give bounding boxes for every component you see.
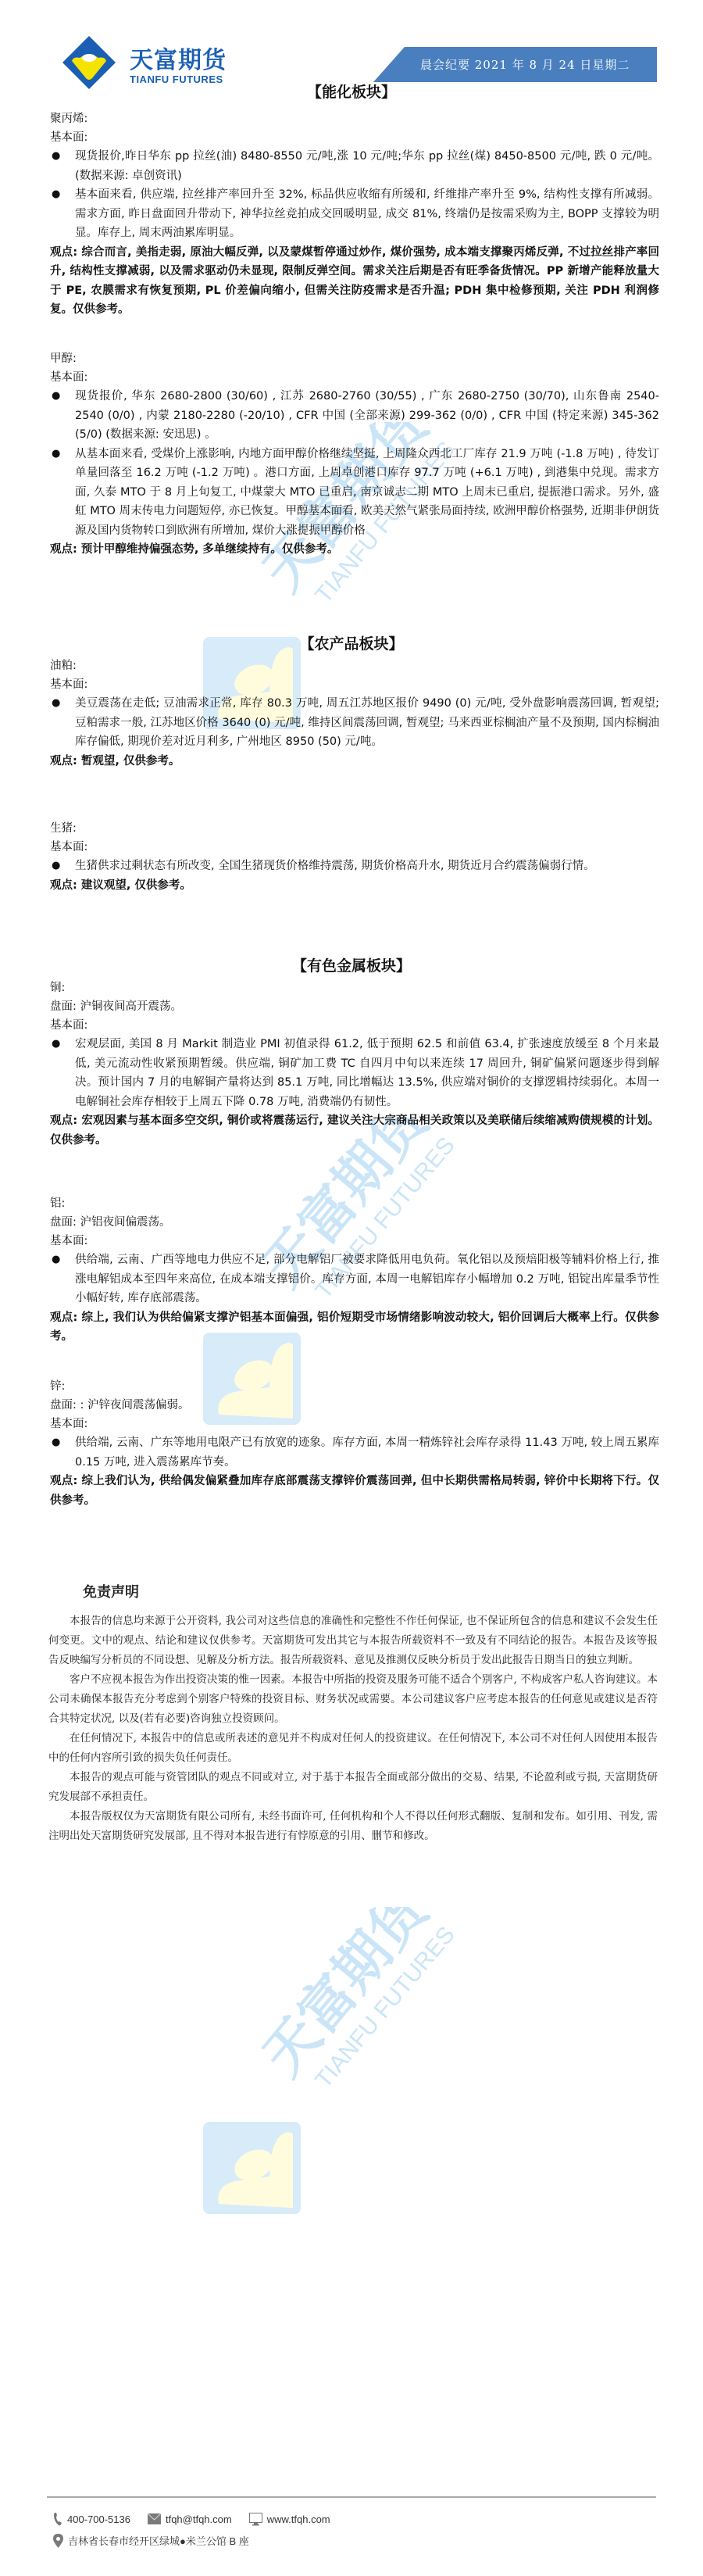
product-methanol: 甲醇: 基本面: 现货报价, 华东 2680-2800 (30/60) , 江苏… xyxy=(50,349,659,560)
footer-divider xyxy=(47,2496,656,2498)
bullet-item: 生猪供求过剩状态有所改变, 全国生猪现货价格维持震荡, 期货价格高升水, 期货近… xyxy=(50,857,659,876)
fundamental-label: 基本面: xyxy=(50,368,659,387)
email-address[interactable]: tfqh@tfqh.com xyxy=(166,2513,232,2525)
view-text: 观点: 综上, 我们认为供给偏紧支撑沪铝基本面偏强, 铝价短期受市场情绪影响波动… xyxy=(50,1308,659,1347)
bullet-item: 美豆震荡在走低; 豆油需求正常, 库存 80.3 万吨, 周五江苏地区报价 94… xyxy=(50,694,659,752)
view-text: 观点: 暂观望, 仅供参考。 xyxy=(50,752,659,771)
disclaimer-paragraph: 本报告版权仅为天富期货有限公司所有, 未经书面许可, 任何机构和个人不得以任何形… xyxy=(48,1807,658,1846)
market-summary: 盘面: : 沪锌夜间震荡偏弱。 xyxy=(50,1396,659,1415)
mail-icon xyxy=(148,2513,161,2524)
disclaimer-paragraph: 客户不应视本报告为作出投资决策的惟一因素。本报告中所指的投资及服务可能不适合个别… xyxy=(48,1670,658,1729)
view-text: 观点: 综上我们认为, 供给偶发偏紧叠加库存底部震荡支撑锌价震荡回弹, 但中长期… xyxy=(50,1472,659,1510)
bullet-item: 宏观层面, 美国 8 月 Markit 制造业 PMI 初值录得 61.2, 低… xyxy=(50,1035,659,1111)
disclaimer-paragraph: 在任何情况下, 本报告中的信息或所表述的意见并不构成对任何人的投资建议。在任何情… xyxy=(48,1729,658,1768)
fundamental-label: 基本面: xyxy=(50,1016,659,1035)
product-name: 聚丙烯: xyxy=(50,109,659,128)
disclaimer-paragraph: 本报告的信息均来源于公开资料, 我公司对这些信息的准确性和完整性不作任何保证, … xyxy=(48,1612,658,1670)
footer-contacts: 400-700-5136 tfqh@tfqh.com www.tfqh.com xyxy=(53,2512,348,2526)
product-live-hog: 生猪: 基本面: 生猪供求过剩状态有所改变, 全国生猪现货价格维持震荡, 期货价… xyxy=(50,819,659,895)
footer-address: 吉林省长春市经开区绿城●米兰公馆 B 座 xyxy=(53,2533,249,2548)
disclaimer-paragraph: 本报告的观点可能与资管团队的观点不同或对立, 对于基于本报告全面或部分做出的交易… xyxy=(48,1768,658,1807)
bullet-item: 现货报价, 华东 2680-2800 (30/60) , 江苏 2680-276… xyxy=(50,387,659,445)
section-title-nonferrous-metals: 【有色金属板块】 xyxy=(0,957,703,976)
product-name: 铜: xyxy=(50,979,659,997)
location-pin-icon xyxy=(53,2534,63,2548)
address-text: 吉林省长春市经开区绿城●米兰公馆 B 座 xyxy=(68,2533,249,2548)
svg-text:天富期货: 天富期货 xyxy=(250,1907,441,2088)
product-copper: 铜: 盘面: 沪铜夜间高开震荡。 基本面: 宏观层面, 美国 8 月 Marki… xyxy=(50,979,659,1150)
product-aluminum: 铝: 盘面: 沪铝夜间偏震荡。 基本面: 供给端, 云南、广西等地电力供应不足,… xyxy=(50,1194,659,1347)
product-oil-meal: 油粕: 基本面: 美豆震荡在走低; 豆油需求正常, 库存 80.3 万吨, 周五… xyxy=(50,657,659,771)
bullet-item: 基本面来看, 供应端, 拉丝排产率回升至 32%, 标品供应收缩有所缓和, 纤维… xyxy=(50,185,659,243)
watermark-logo-lower: 天富期货 TIANFU FUTURES xyxy=(195,1907,547,2345)
bullet-item: 从基本面来看, 受煤价上涨影响, 内地方面甲醇价格继续坚挺, 上周隆众西北工厂库… xyxy=(50,445,659,541)
fundamental-label: 基本面: xyxy=(50,1232,659,1250)
view-text: 观点: 宏观因素与基本面多空交织, 铜价或将震荡运行, 建议关注大宗商品相关政策… xyxy=(50,1111,659,1150)
product-name: 油粕: xyxy=(50,657,659,675)
footer-phone: 400-700-5136 xyxy=(53,2512,130,2526)
market-summary: 盘面: 沪铝夜间偏震荡。 xyxy=(50,1213,659,1232)
phone-number: 400-700-5136 xyxy=(67,2513,130,2525)
section-title-agriculture: 【农产品板块】 xyxy=(0,635,703,654)
logo-chinese-name: 天富期货 xyxy=(130,41,227,75)
website-url[interactable]: www.tfqh.com xyxy=(267,2513,330,2525)
product-name: 锌: xyxy=(50,1377,659,1396)
company-logo: 天富期货 TIANFU FUTURES xyxy=(61,34,248,89)
product-name: 甲醇: xyxy=(50,349,659,368)
product-name: 铝: xyxy=(50,1194,659,1213)
banner-title: 晨会纪要 2021 年 8 月 24 日星期二 xyxy=(420,56,630,73)
date-banner: 晨会纪要 2021 年 8 月 24 日星期二 xyxy=(373,47,657,82)
product-name: 生猪: xyxy=(50,819,659,838)
market-summary: 盘面: 沪铜夜间高开震荡。 xyxy=(50,997,659,1016)
section-title-energy-chemical: 【能化板块】 xyxy=(0,83,703,102)
bullet-item: 供给端, 云南、广东等地用电限产已有放宽的迹象。库存方面, 本周一精炼锌社会库存… xyxy=(50,1433,659,1472)
bullet-item: 现货报价,昨日华东 pp 拉丝(油) 8480-8550 元/吨,涨 10 元/… xyxy=(50,147,659,185)
svg-text:TIANFU FUTURES: TIANFU FUTURES xyxy=(310,1922,459,2093)
disclaimer-title: 免责声明 xyxy=(83,1583,658,1602)
footer-website[interactable]: www.tfqh.com xyxy=(249,2513,330,2526)
view-text: 观点: 预计甲醇维持偏强态势, 多单继续持有。仅供参考。 xyxy=(50,540,659,560)
view-text: 观点: 综合而言, 美指走弱, 原油大幅反弹, 以及蒙煤暂停通过炒作, 煤价强势… xyxy=(50,243,659,320)
footer-email[interactable]: tfqh@tfqh.com xyxy=(148,2513,232,2525)
bullet-item: 供给端, 云南、广西等地电力供应不足, 部分电解铝厂被要求降低用电负荷。氧化铝以… xyxy=(50,1250,659,1308)
footer-address-row: 吉林省长春市经开区绿城●米兰公馆 B 座 xyxy=(53,2533,266,2548)
product-polypropylene: 聚丙烯: 基本面: 现货报价,昨日华东 pp 拉丝(油) 8480-8550 元… xyxy=(50,109,659,320)
view-text: 观点: 建议观望, 仅供参考。 xyxy=(50,876,659,896)
product-zinc: 锌: 盘面: : 沪锌夜间震荡偏弱。 基本面: 供给端, 云南、广东等地用电限产… xyxy=(50,1377,659,1510)
monitor-icon xyxy=(249,2513,262,2526)
fundamental-label: 基本面: xyxy=(50,128,659,147)
fundamental-label: 基本面: xyxy=(50,1415,659,1433)
disclaimer-section: 免责声明 本报告的信息均来源于公开资料, 我公司对这些信息的准确性和完整性不作任… xyxy=(48,1583,658,1846)
fundamental-label: 基本面: xyxy=(50,838,659,857)
fundamental-label: 基本面: xyxy=(50,675,659,694)
phone-icon xyxy=(53,2512,62,2526)
